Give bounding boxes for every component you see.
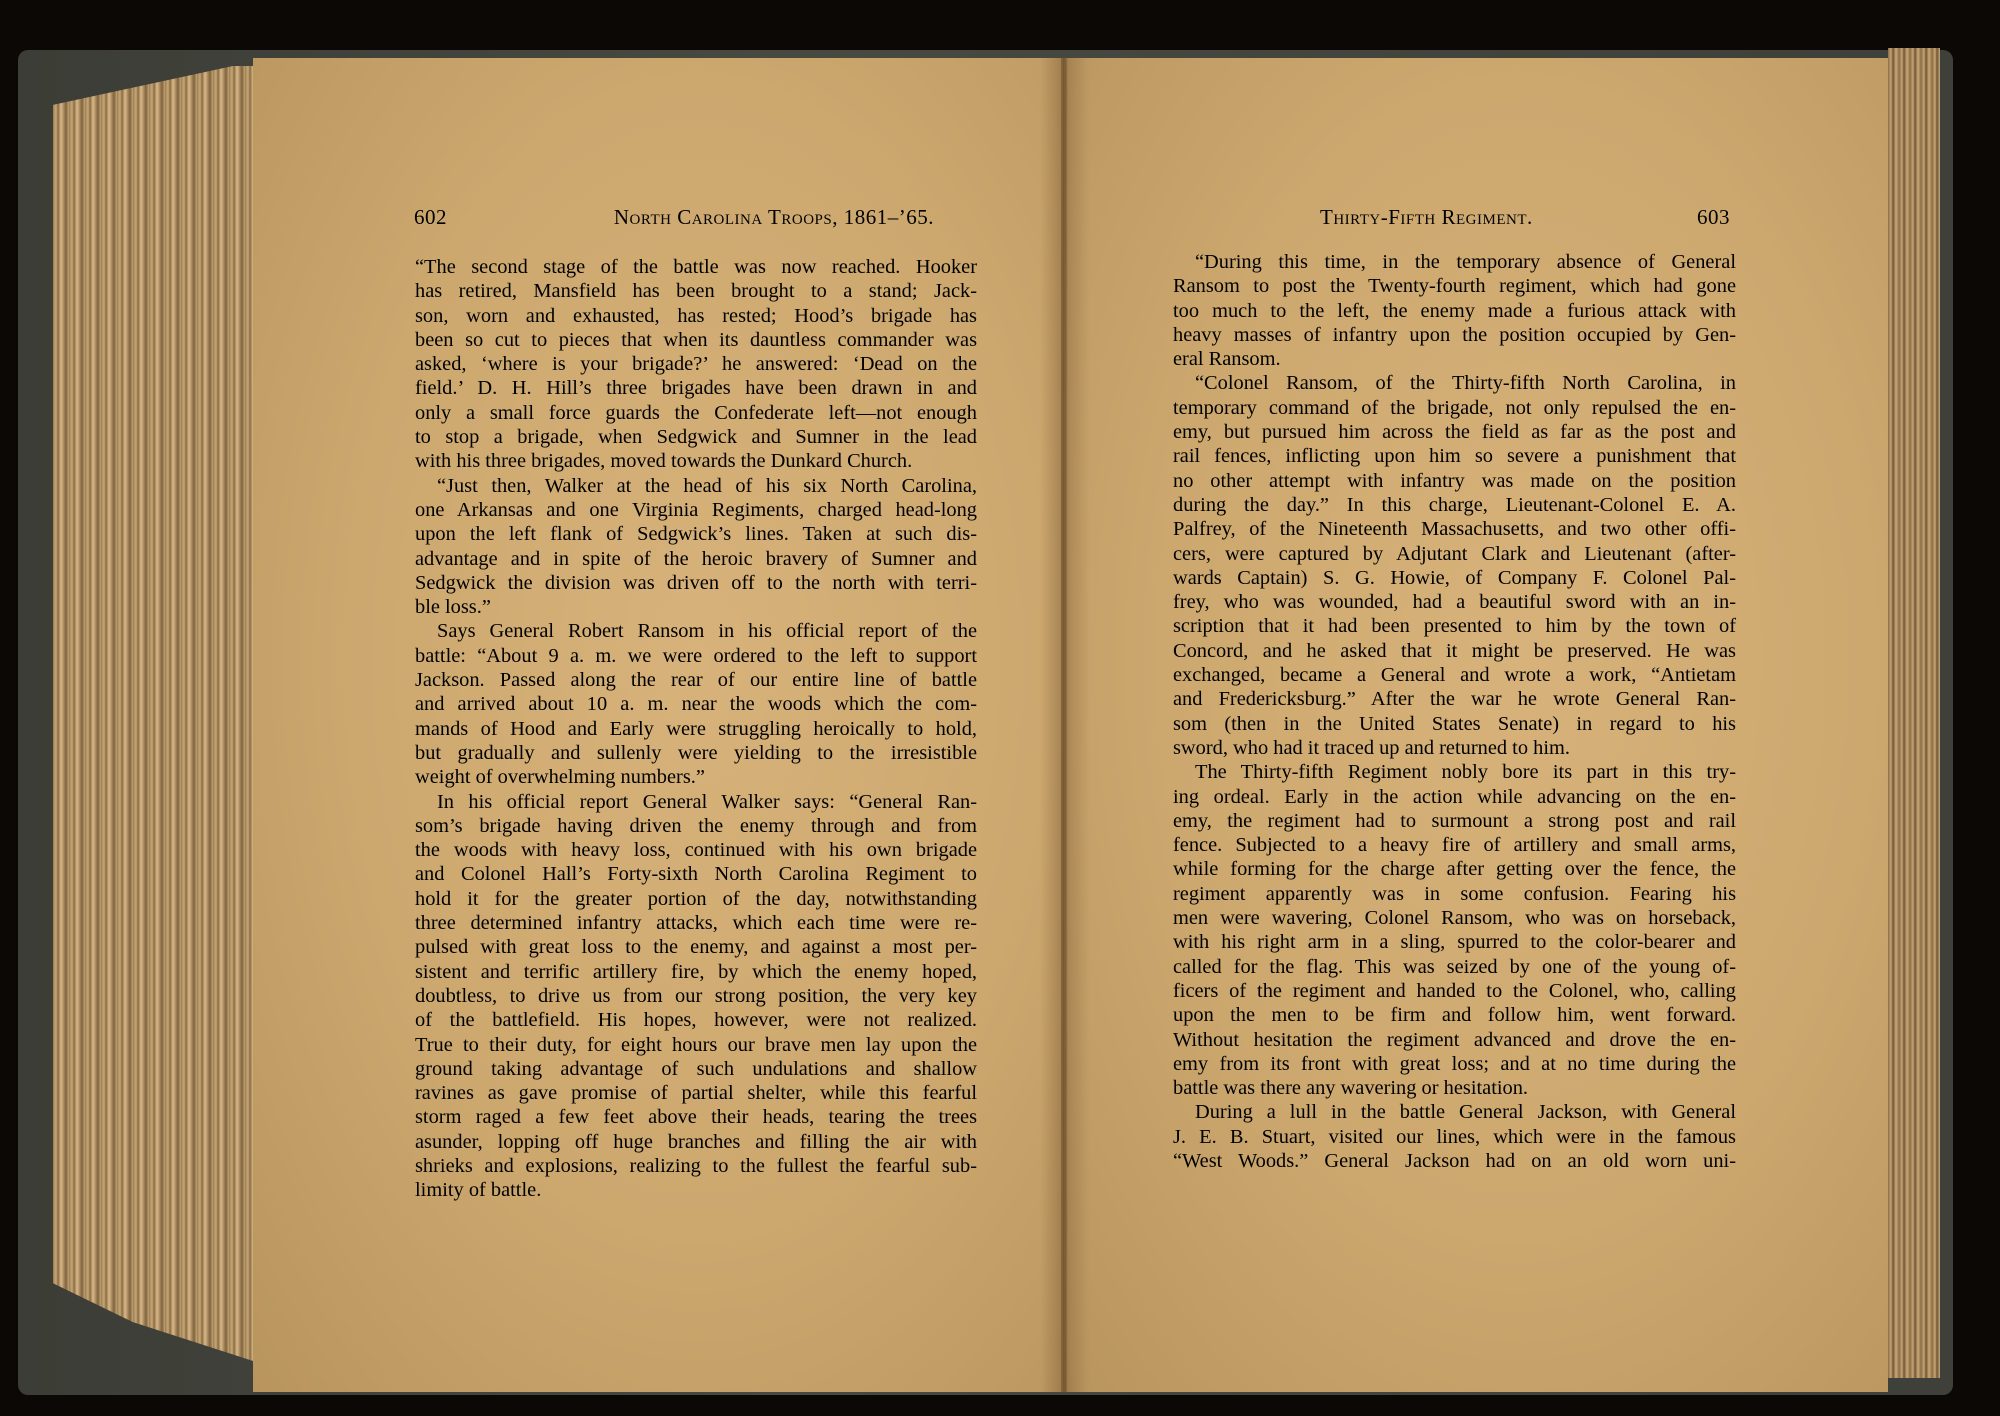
text-line: to stop a brigade, when Sedgwick and Sum… xyxy=(415,425,977,449)
text-line: and Colonel Hall’s Forty-sixth North Car… xyxy=(415,862,977,886)
text-line: son, worn and exhausted, has rested; Hoo… xyxy=(415,304,977,328)
text-line: of the battlefield. His hopes, however, … xyxy=(415,1008,977,1032)
text-line: Jackson. Passed along the rear of our en… xyxy=(415,668,977,692)
paragraph: In his official report General Walker sa… xyxy=(415,790,977,1203)
text-line: one Arkansas and one Virginia Regiments,… xyxy=(415,498,977,522)
text-line: asunder, lopping off huge branches and f… xyxy=(415,1130,977,1154)
left-running-head: 602 North Carolina Troops, 1861–’65. xyxy=(414,205,979,230)
text-line: ground taking advantage of such undulati… xyxy=(415,1057,977,1081)
right-running-head: Thirty-Fifth Regiment. 603 xyxy=(1170,205,1730,230)
text-line: eral Ransom. xyxy=(1173,347,1736,371)
left-page-number: 602 xyxy=(414,205,447,230)
text-line: been so cut to pieces that when its daun… xyxy=(415,328,977,352)
text-line: during the day.” In this charge, Lieuten… xyxy=(1173,493,1736,517)
text-line: emy, but pursued him across the field as… xyxy=(1173,420,1736,444)
text-line: and arrived about 10 a. m. near the wood… xyxy=(415,692,977,716)
right-page-stack xyxy=(1888,48,1940,1378)
paragraph: Says General Robert Ransom in his offici… xyxy=(415,619,977,789)
text-line: upon the men to be firm and follow him, … xyxy=(1173,1003,1736,1027)
left-page-body: “The second stage of the battle was now … xyxy=(415,255,977,1203)
text-line: battle: “About 9 a. m. we were ordered t… xyxy=(415,644,977,668)
text-line: “During this time, in the temporary abse… xyxy=(1173,250,1736,274)
text-line: and Fredericksburg.” After the war he wr… xyxy=(1173,687,1736,711)
text-line: Palfrey, of the Nineteenth Massachusetts… xyxy=(1173,517,1736,541)
paragraph: “Colonel Ransom, of the Thirty-fifth Nor… xyxy=(1173,371,1736,760)
text-line: shrieks and explosions, realizing to the… xyxy=(415,1154,977,1178)
text-line: with his right arm in a sling, spurred t… xyxy=(1173,930,1736,954)
right-running-title: Thirty-Fifth Regiment. xyxy=(1320,205,1533,230)
text-line: sword, who had it traced up and returned… xyxy=(1173,736,1736,760)
right-page-number: 603 xyxy=(1697,205,1730,230)
text-line: J. E. B. Stuart, visited our lines, whic… xyxy=(1173,1125,1736,1149)
paragraph: “Just then, Walker at the head of his si… xyxy=(415,474,977,620)
text-line: weight of overwhelming numbers.” xyxy=(415,765,977,789)
text-line: “Colonel Ransom, of the Thirty-fifth Nor… xyxy=(1173,371,1736,395)
text-line: while forming for the charge after getti… xyxy=(1173,857,1736,881)
text-line: no other attempt with infantry was made … xyxy=(1173,469,1736,493)
text-line: som (then in the United States Senate) i… xyxy=(1173,712,1736,736)
text-line: with his three brigades, moved towards t… xyxy=(415,449,977,473)
left-page-stack xyxy=(53,66,253,1361)
text-line: sistent and terrific artillery fire, by … xyxy=(415,960,977,984)
text-line: asked, ‘where is your brigade?’ he answe… xyxy=(415,352,977,376)
text-line: advantage and in spite of the heroic bra… xyxy=(415,547,977,571)
text-line: emy from its front with great loss; and … xyxy=(1173,1052,1736,1076)
text-line: has retired, Mansfield has been brought … xyxy=(415,279,977,303)
text-line: battle was there any wavering or hesitat… xyxy=(1173,1076,1736,1100)
text-line: emy, the regiment had to surmount a stro… xyxy=(1173,809,1736,833)
text-line: storm raged a few feet above their heads… xyxy=(415,1105,977,1129)
text-line: the woods with heavy loss, continued wit… xyxy=(415,838,977,862)
text-line: ravines as gave promise of partial shelt… xyxy=(415,1081,977,1105)
text-line: ing ordeal. Early in the action while ad… xyxy=(1173,785,1736,809)
paragraph: “The second stage of the battle was now … xyxy=(415,255,977,474)
text-line: The Thirty-fifth Regiment nobly bore its… xyxy=(1173,760,1736,784)
text-line: Sedgwick the division was driven off to … xyxy=(415,571,977,595)
text-line: ble loss.” xyxy=(415,595,977,619)
text-line: fence. Subjected to a heavy fire of arti… xyxy=(1173,833,1736,857)
text-line: “West Woods.” General Jackson had on an … xyxy=(1173,1149,1736,1173)
text-line: scription that it had been presented to … xyxy=(1173,614,1736,638)
text-line: temporary command of the brigade, not on… xyxy=(1173,396,1736,420)
text-line: True to their duty, for eight hours our … xyxy=(415,1033,977,1057)
text-line: but gradually and sullenly were yielding… xyxy=(415,741,977,765)
text-line: som’s brigade having driven the enemy th… xyxy=(415,814,977,838)
text-line: “Just then, Walker at the head of his si… xyxy=(415,474,977,498)
text-line: men were wavering, Colonel Ransom, who w… xyxy=(1173,906,1736,930)
text-line: ficers of the regiment and handed to the… xyxy=(1173,979,1736,1003)
text-line: limity of battle. xyxy=(415,1178,977,1202)
text-line: hold it for the greater portion of the d… xyxy=(415,887,977,911)
text-line: pulsed with great loss to the enemy, and… xyxy=(415,935,977,959)
text-line: During a lull in the battle General Jack… xyxy=(1173,1100,1736,1124)
text-line: cers, were captured by Adjutant Clark an… xyxy=(1173,542,1736,566)
text-line: Concord, and he asked that it might be p… xyxy=(1173,639,1736,663)
text-line: upon the left flank of Sedgwick’s lines.… xyxy=(415,522,977,546)
text-line: frey, who was wounded, had a beautiful s… xyxy=(1173,590,1736,614)
text-line: exchanged, became a General and wrote a … xyxy=(1173,663,1736,687)
right-page-body: “During this time, in the temporary abse… xyxy=(1173,250,1736,1173)
paragraph: “During this time, in the temporary abse… xyxy=(1173,250,1736,371)
text-line: only a small force guards the Confederat… xyxy=(415,401,977,425)
text-line: Without hesitation the regiment advanced… xyxy=(1173,1028,1736,1052)
paragraph: During a lull in the battle General Jack… xyxy=(1173,1100,1736,1173)
text-line: “The second stage of the battle was now … xyxy=(415,255,977,279)
text-line: heavy masses of infantry upon the positi… xyxy=(1173,323,1736,347)
text-line: wards Captain) S. G. Howie, of Company F… xyxy=(1173,566,1736,590)
text-line: mands of Hood and Early were struggling … xyxy=(415,717,977,741)
text-line: regiment apparently was in some confusio… xyxy=(1173,882,1736,906)
text-line: Says General Robert Ransom in his offici… xyxy=(415,619,977,643)
text-line: In his official report General Walker sa… xyxy=(415,790,977,814)
text-line: Ransom to post the Twenty-fourth regimen… xyxy=(1173,274,1736,298)
text-line: too much to the left, the enemy made a f… xyxy=(1173,299,1736,323)
text-line: called for the flag. This was seized by … xyxy=(1173,955,1736,979)
paragraph: The Thirty-fifth Regiment nobly bore its… xyxy=(1173,760,1736,1100)
text-line: rail fences, inflicting upon him so seve… xyxy=(1173,444,1736,468)
text-line: field.’ D. H. Hill’s three brigades have… xyxy=(415,376,977,400)
text-line: doubtless, to drive us from our strong p… xyxy=(415,984,977,1008)
left-running-title: North Carolina Troops, 1861–’65. xyxy=(614,205,934,230)
text-line: three determined infantry attacks, which… xyxy=(415,911,977,935)
